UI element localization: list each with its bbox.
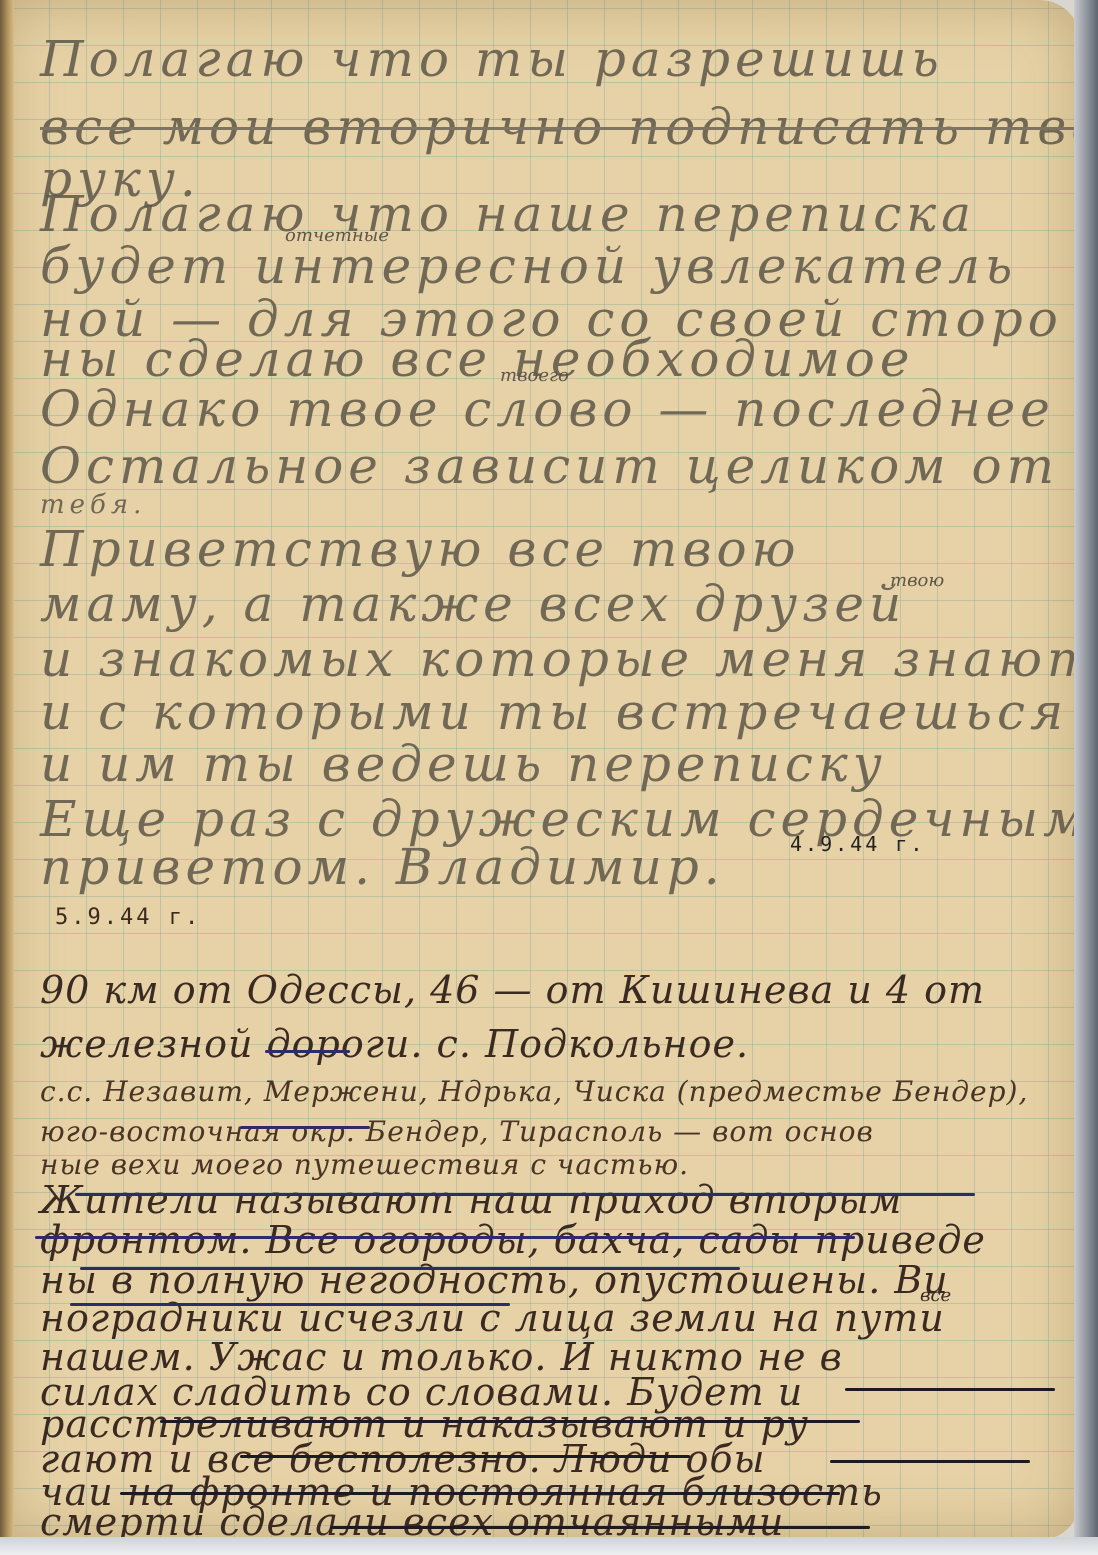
- pencil-line: все мои вторично подписать твою: [40, 98, 1040, 156]
- ink-line: ные вехи моего путешествия с частью.: [40, 1148, 689, 1181]
- underline-mark: [120, 1492, 840, 1495]
- ink-line: с.с. Незавит, Мержени, Ндрька, Чиска (пр…: [40, 1075, 1028, 1108]
- notebook-binding: [0, 0, 14, 1540]
- pencil-line: будет интересной увлекатель: [40, 237, 1017, 295]
- ink-line: Жители называют наш приход вторым: [40, 1178, 902, 1222]
- ink-insertion: все: [920, 1285, 951, 1306]
- underline-mark: [240, 1455, 690, 1458]
- pencil-line: и с которыми ты встречаешься: [40, 683, 1068, 741]
- scanner-bottom-edge: [0, 1537, 1098, 1555]
- pencil-line: тебя.: [40, 490, 146, 520]
- pencil-line: приветом. Владимир.: [40, 838, 725, 896]
- letter-date: 4.9.44 г.: [790, 832, 925, 856]
- underline-mark: [265, 1050, 350, 1053]
- underline-mark: [845, 1388, 1055, 1391]
- ink-line: 90 км от Одессы, 46 — от Кишинева и 4 от: [40, 968, 985, 1012]
- diary-date: 5.9.44 г.: [55, 905, 201, 930]
- ink-line: фронтом. Все огороды, бахча, сады привед…: [40, 1218, 986, 1262]
- scanner-edge: [1074, 0, 1098, 1555]
- underline-mark: [70, 1303, 510, 1306]
- ink-line: железной дороги. с. Подкольное.: [40, 1022, 749, 1066]
- underline-mark: [80, 1267, 740, 1270]
- notebook-page: Полагаю что ты разрешишь все мои вторичн…: [0, 0, 1080, 1540]
- pencil-line: Полагаю что ты разрешишь: [40, 30, 944, 88]
- pencil-line: Приветствую все твою: [40, 520, 801, 578]
- underline-mark: [75, 1193, 975, 1196]
- ink-line: юго-восточная окр. Бендер, Тирасполь — в…: [40, 1115, 874, 1148]
- pencil-line: Остальное зависит целиком от: [40, 437, 1059, 495]
- underline-mark: [160, 1420, 860, 1423]
- underline-mark: [240, 1126, 370, 1129]
- underline-mark: [330, 1526, 870, 1529]
- underline-mark: [830, 1460, 1030, 1463]
- pencil-line: и знакомых которые меня знают: [40, 630, 1098, 688]
- pencil-line: Полагаю что наше переписка: [40, 185, 976, 243]
- pencil-line: маму, а также всех друзей: [40, 575, 906, 633]
- underline-mark: [35, 1236, 855, 1239]
- pencil-line: и им ты ведешь переписку: [40, 735, 887, 793]
- pencil-line: Однако твое слово — последнее: [40, 380, 1055, 438]
